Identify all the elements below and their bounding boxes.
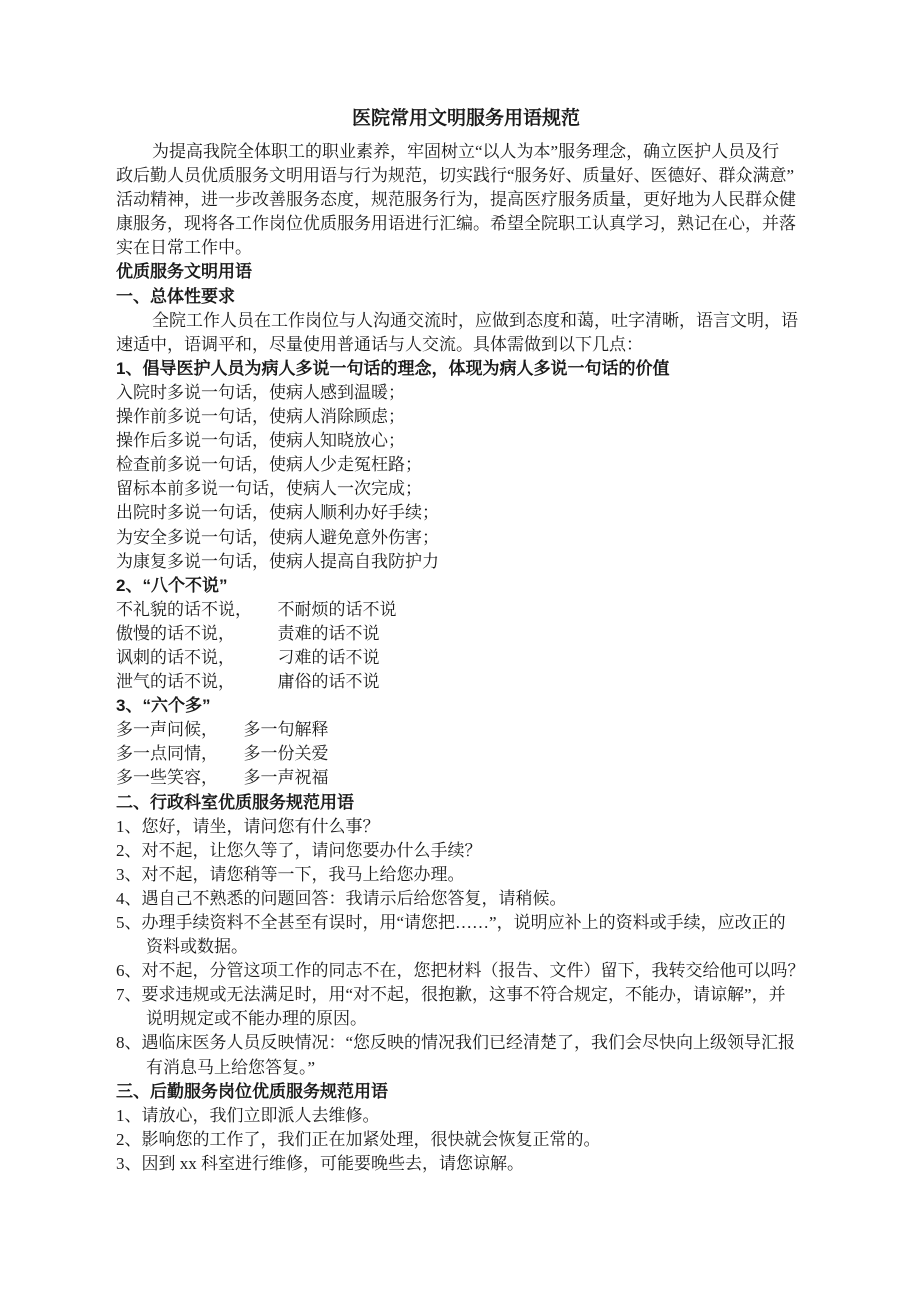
six-mores-line: 多一些笑容， 多一声祝福 <box>116 766 816 790</box>
admin-item: 2、对不起，让您久等了，请问您要办什么手续？ <box>116 839 816 863</box>
overall-body-line: 速适中，语调平和，尽量使用普通话与人交流。具体需做到以下几点： <box>116 333 816 357</box>
document-content: 医院常用文明服务用语规范 为提高我院全体职工的职业素养，牢固树立“以人为本”服务… <box>0 0 920 1176</box>
advocate-line: 检查前多说一句话，使病人少走冤枉路； <box>116 453 816 477</box>
intro-line: 为提高我院全体职工的职业素养，牢固树立“以人为本”服务理念，确立医护人员及行 <box>116 140 816 164</box>
heading-six-mores: 3、“六个多” <box>116 694 816 718</box>
admin-item: 1、您好，请坐，请问您有什么事？ <box>116 815 816 839</box>
logistics-item: 2、影响您的工作了，我们正在加紧处理，很快就会恢复正常的。 <box>116 1128 816 1152</box>
admin-item: 8、遇临床医务人员反映情况：“您反映的情况我们已经清楚了，我们会尽快向上级领导汇… <box>116 1031 816 1055</box>
eight-nos-line: 讽刺的话不说， 刁难的话不说 <box>116 646 816 670</box>
doc-title: 医院常用文明服务用语规范 <box>116 104 816 134</box>
intro-line: 政后勤人员优质服务文明用语与行为规范，切实践行“服务好、质量好、医德好、群众满意… <box>116 164 816 188</box>
eight-nos-line: 不礼貌的话不说， 不耐烦的话不说 <box>116 598 816 622</box>
logistics-item: 3、因到 xx 科室进行维修，可能要晚些去，请您谅解。 <box>116 1152 816 1176</box>
admin-item: 5、办理手续资料不全甚至有误时，用“请您把……”，说明应补上的资料或手续，应改正… <box>116 911 816 935</box>
admin-item-continuation: 资料或数据。 <box>116 935 816 959</box>
admin-item: 6、对不起，分管这项工作的同志不在，您把材料（报告、文件）留下，我转交给他可以吗… <box>116 959 816 983</box>
advocate-line: 留标本前多说一句话，使病人一次完成； <box>116 477 816 501</box>
intro-line: 康服务，现将各工作岗位优质服务用语进行汇编。希望全院职工认真学习，熟记在心，并落 <box>116 212 816 236</box>
document-page: 医院常用文明服务用语规范 为提高我院全体职工的职业素养，牢固树立“以人为本”服务… <box>0 0 920 1302</box>
admin-item-continuation: 说明规定或不能办理的原因。 <box>116 1007 816 1031</box>
heading-logistics-section: 三、后勤服务岗位优质服务规范用语 <box>116 1080 816 1104</box>
heading-eight-nos: 2、“八个不说” <box>116 574 816 598</box>
advocate-line: 入院时多说一句话，使病人感到温暖； <box>116 381 816 405</box>
intro-line: 实在日常工作中。 <box>116 236 816 260</box>
eight-nos-line: 傲慢的话不说， 责难的话不说 <box>116 622 816 646</box>
admin-item-continuation: 有消息马上给您答复。” <box>116 1056 816 1080</box>
heading-admin-section: 二、行政科室优质服务规范用语 <box>116 791 816 815</box>
logistics-item: 1、请放心，我们立即派人去维修。 <box>116 1104 816 1128</box>
six-mores-line: 多一声问候， 多一句解释 <box>116 718 816 742</box>
admin-item: 3、对不起，请您稍等一下，我马上给您办理。 <box>116 863 816 887</box>
six-mores-line: 多一点同情， 多一份关爱 <box>116 742 816 766</box>
advocate-line: 为康复多说一句话，使病人提高自我防护力 <box>116 550 816 574</box>
overall-body-line: 全院工作人员在工作岗位与人沟通交流时，应做到态度和蔼，吐字清晰，语言文明，语 <box>116 309 816 333</box>
intro-line: 活动精神，进一步改善服务态度，规范服务行为，提高医疗服务质量，更好地为人民群众健 <box>116 188 816 212</box>
advocate-line: 操作前多说一句话，使病人消除顾虑； <box>116 405 816 429</box>
advocate-line: 为安全多说一句话，使病人避免意外伤害； <box>116 526 816 550</box>
section-heading: 优质服务文明用语 <box>116 260 816 284</box>
advocate-line: 出院时多说一句话，使病人顺利办好手续； <box>116 501 816 525</box>
admin-item: 4、遇自己不熟悉的问题回答：我请示后给您答复，请稍候。 <box>116 887 816 911</box>
admin-item: 7、要求违规或无法满足时，用“对不起，很抱歉，这事不符合规定，不能办，请谅解”，… <box>116 983 816 1007</box>
heading-advocate: 1、倡导医护人员为病人多说一句话的理念，体现为病人多说一句话的价值 <box>116 357 816 381</box>
advocate-line: 操作后多说一句话，使病人知晓放心； <box>116 429 816 453</box>
eight-nos-line: 泄气的话不说， 庸俗的话不说 <box>116 670 816 694</box>
heading-overall-requirements: 一、总体性要求 <box>116 285 816 309</box>
